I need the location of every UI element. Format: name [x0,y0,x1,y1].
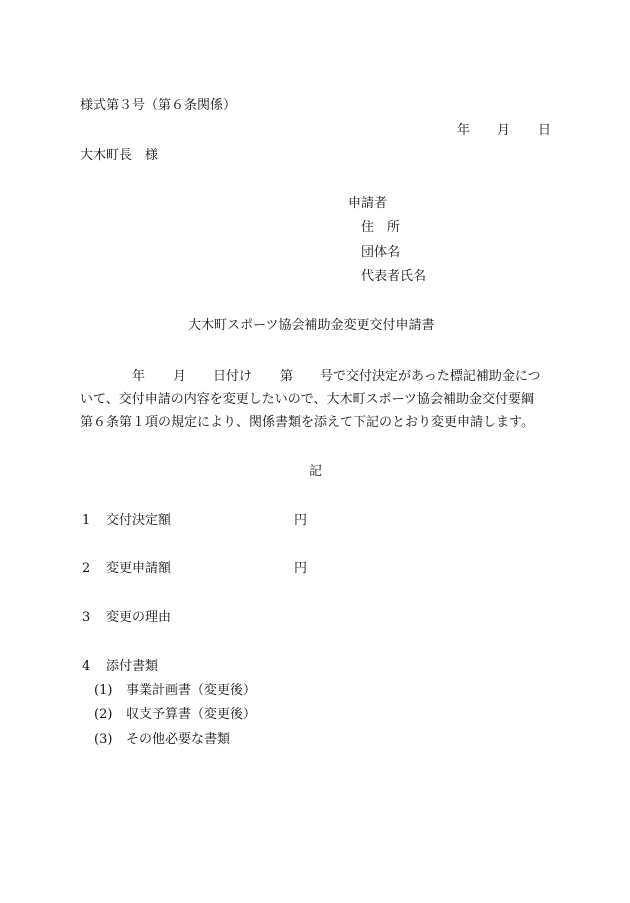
applicant-group-name: 団体名 [361,245,400,261]
date-year: 年 [457,123,470,139]
body-line-3: 第６条第１項の規定により、関係書類を添えて下記のとおり変更申請します。 [80,411,555,434]
form-label: 様式第３号（第６条関係） [80,98,236,114]
document-title: 大木町スポーツ協会補助金変更交付申請書 [188,318,434,334]
body-line-2: いて、交付申請の内容を変更したいので、大木町スポーツ協会補助金交付要綱 [80,388,555,411]
date-day: 日 [538,123,551,139]
date-month: 月 [497,123,510,139]
applicant-heading: 申請者 [348,196,387,212]
ki-heading: 記 [309,464,322,480]
body-line-1: 年 月 日付け 第 号で交付決定があった標記補助金につ [80,365,555,388]
applicant-address: 住 所 [361,220,400,236]
applicant-representative: 代表者氏名 [361,269,426,285]
body-paragraph: 年 月 日付け 第 号で交付決定があった標記補助金につ いて、交付申請の内容を変… [80,365,555,434]
addressee: 大木町長 様 [80,148,158,164]
